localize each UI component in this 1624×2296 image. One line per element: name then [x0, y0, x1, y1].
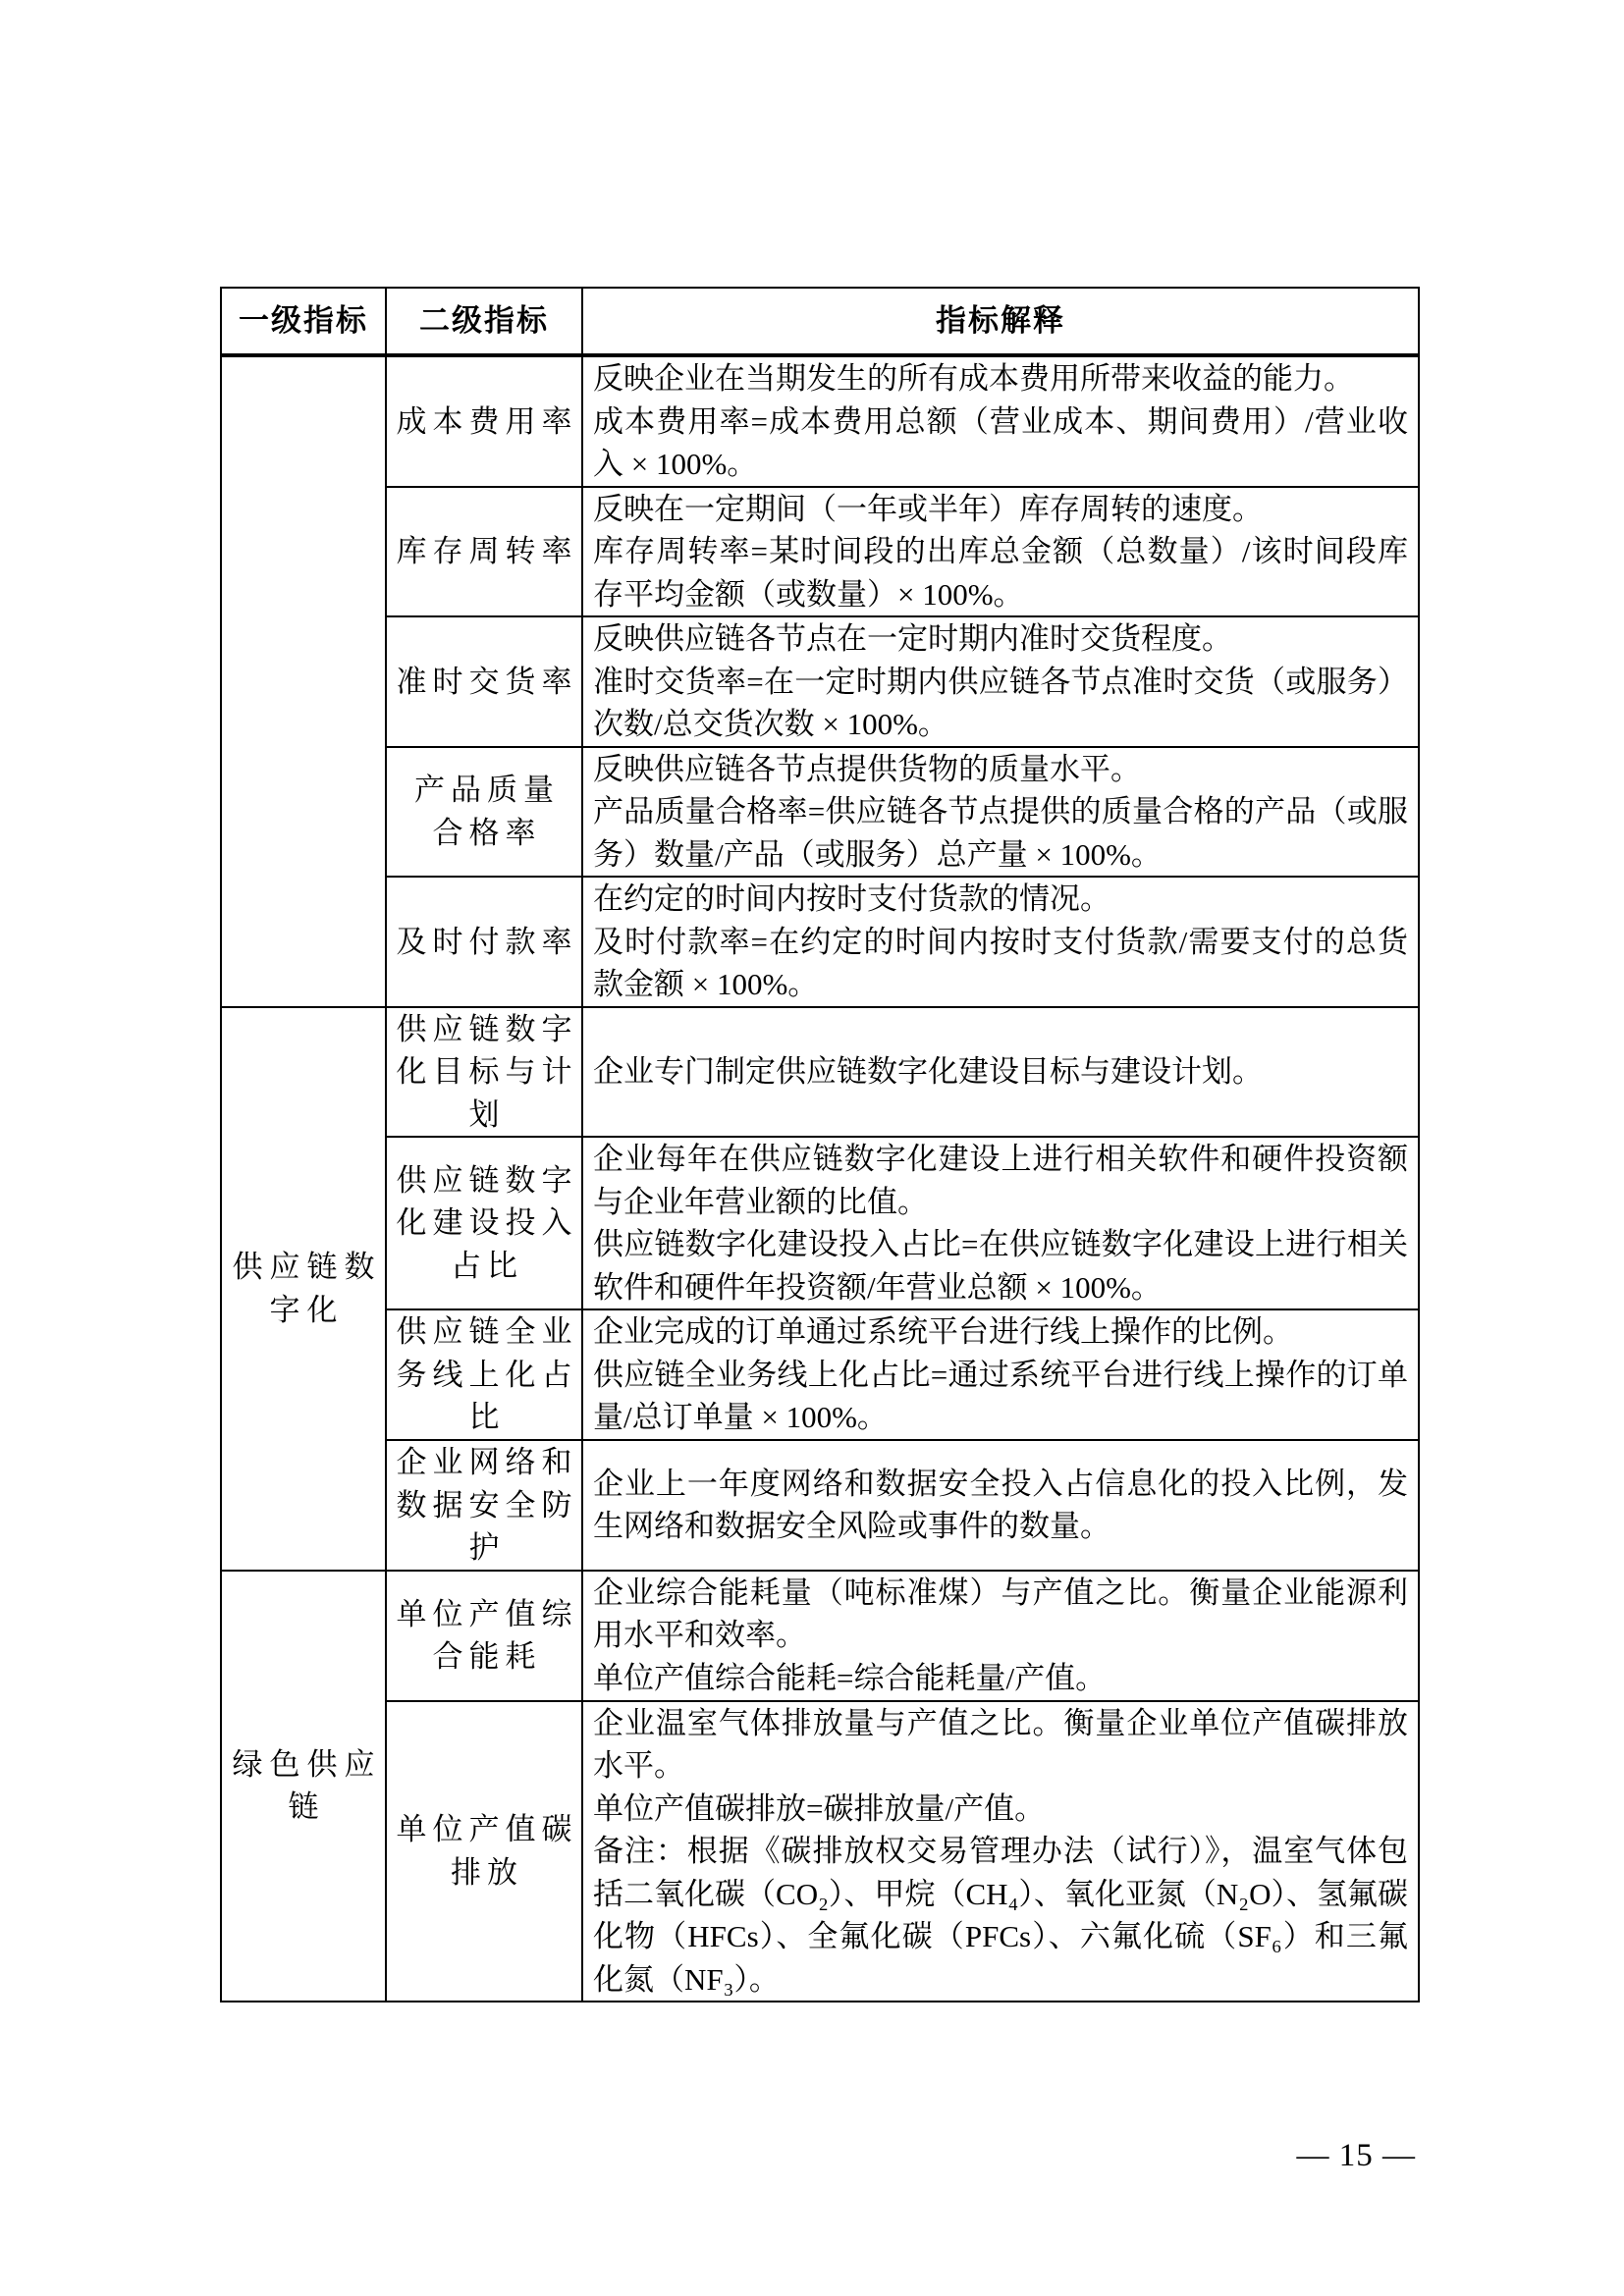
- indicator-text-line: 绿色供应: [222, 1743, 385, 1787]
- indicator-table: 一级指标 二级指标 指标解释 成本费用率反映企业在当期发生的所有成本费用所带来收…: [220, 287, 1420, 2002]
- level1-indicator-cell: 绿色供应链: [221, 1571, 386, 2002]
- explanation-paragraph: 成本费用率=成本费用总额（营业成本、期间费用）/营业收入 × 100%。: [593, 400, 1408, 486]
- indicator-text-line: 供应链全业: [387, 1310, 581, 1354]
- indicator-text-line: 务线上化占: [387, 1354, 581, 1397]
- explanation-paragraph: 企业每年在供应链数字化建设上进行相关软件和硬件投资额与企业年营业额的比值。: [593, 1138, 1408, 1223]
- level2-indicator-cell: 供应链全业务线上化占比: [386, 1309, 582, 1440]
- explanation-cell: 反映企业在当期发生的所有成本费用所带来收益的能力。成本费用率=成本费用总额（营业…: [582, 355, 1419, 487]
- indicator-text-line: 数据安全防: [387, 1484, 581, 1527]
- level2-indicator-cell: 企业网络和数据安全防护: [386, 1440, 582, 1571]
- table-header-row: 一级指标 二级指标 指标解释: [221, 288, 1419, 355]
- indicator-text-line: 库存周转率: [387, 530, 581, 573]
- level2-indicator-cell: 单位产值碳排放: [386, 1701, 582, 2002]
- explanation-paragraph: 备注：根据《碳排放权交易管理办法（试行）》，温室气体包括二氧化碳（CO₂）、甲烷…: [593, 1830, 1408, 2001]
- explanation-paragraph: 单位产值碳排放=碳排放量/产值。: [593, 1788, 1408, 1831]
- indicator-text-line: 划: [387, 1094, 581, 1137]
- level2-indicator-cell: 单位产值综合能耗: [386, 1571, 582, 1701]
- explanation-paragraph: 供应链全业务线上化占比=通过系统平台进行线上操作的订单量/总订单量 × 100%…: [593, 1354, 1408, 1439]
- table-row: 供应链数字化建设投入占比企业每年在供应链数字化建设上进行相关软件和硬件投资额与企…: [221, 1137, 1419, 1309]
- indicator-text-line: 化目标与计: [387, 1050, 581, 1094]
- level1-indicator-cell: [221, 355, 386, 1007]
- table-row: 产品质量合格率反映供应链各节点提供货物的质量水平。产品质量合格率=供应链各节点提…: [221, 747, 1419, 878]
- table-row: 准时交货率反映供应链各节点在一定时期内准时交货程度。准时交货率=在一定时期内供应…: [221, 616, 1419, 747]
- explanation-cell: 反映供应链各节点提供货物的质量水平。产品质量合格率=供应链各节点提供的质量合格的…: [582, 747, 1419, 878]
- table-row: 企业网络和数据安全防护企业上一年度网络和数据安全投入占信息化的投入比例，发生网络…: [221, 1440, 1419, 1571]
- indicator-text-line: 单位产值碳: [387, 1808, 581, 1851]
- level2-indicator-cell: 及时付款率: [386, 877, 582, 1007]
- indicator-text-line: 化建设投入: [387, 1201, 581, 1245]
- table-row: 库存周转率反映在一定期间（一年或半年）库存周转的速度。库存周转率=某时间段的出库…: [221, 487, 1419, 617]
- explanation-paragraph: 反映企业在当期发生的所有成本费用所带来收益的能力。: [593, 357, 1408, 400]
- explanation-cell: 企业温室气体排放量与产值之比。衡量企业单位产值碳排放水平。单位产值碳排放=碳排放…: [582, 1701, 1419, 2002]
- table-row: 绿色供应链单位产值综合能耗企业综合能耗量（吨标准煤）与产值之比。衡量企业能源利用…: [221, 1571, 1419, 1701]
- table-row: 单位产值碳排放企业温室气体排放量与产值之比。衡量企业单位产值碳排放水平。单位产值…: [221, 1701, 1419, 2002]
- explanation-paragraph: 反映供应链各节点提供货物的质量水平。: [593, 748, 1408, 791]
- table-body: 成本费用率反映企业在当期发生的所有成本费用所带来收益的能力。成本费用率=成本费用…: [221, 355, 1419, 2002]
- explanation-paragraph: 企业综合能耗量（吨标准煤）与产值之比。衡量企业能源利用水平和效率。: [593, 1572, 1408, 1657]
- explanation-paragraph: 产品质量合格率=供应链各节点提供的质量合格的产品（或服务）数量/产品（或服务）总…: [593, 790, 1408, 876]
- table-row: 供应链数字化供应链数字化目标与计划企业专门制定供应链数字化建设目标与建设计划。: [221, 1007, 1419, 1138]
- explanation-paragraph: 供应链数字化建设投入占比=在供应链数字化建设上进行相关软件和硬件年投资额/年营业…: [593, 1223, 1408, 1308]
- indicator-text-line: 准时交货率: [387, 661, 581, 704]
- level2-indicator-cell: 成本费用率: [386, 355, 582, 487]
- column-header-level1-indicator: 一级指标: [221, 288, 386, 355]
- explanation-cell: 企业上一年度网络和数据安全投入占信息化的投入比例，发生网络和数据安全风险或事件的…: [582, 1440, 1419, 1571]
- indicator-text-line: 护: [387, 1526, 581, 1570]
- table-row: 供应链全业务线上化占比企业完成的订单通过系统平台进行线上操作的比例。供应链全业务…: [221, 1309, 1419, 1440]
- explanation-paragraph: 企业专门制定供应链数字化建设目标与建设计划。: [593, 1050, 1408, 1094]
- table-row: 成本费用率反映企业在当期发生的所有成本费用所带来收益的能力。成本费用率=成本费用…: [221, 355, 1419, 487]
- explanation-paragraph: 及时付款率=在约定的时间内按时支付货款/需要支付的总货款金额 × 100%。: [593, 921, 1408, 1006]
- level2-indicator-cell: 供应链数字化目标与计划: [386, 1007, 582, 1138]
- indicator-text-line: 占比: [387, 1245, 581, 1288]
- explanation-paragraph: 反映供应链各节点在一定时期内准时交货程度。: [593, 617, 1408, 661]
- indicator-text-line: 供应链数: [222, 1246, 385, 1289]
- explanation-cell: 在约定的时间内按时支付货款的情况。及时付款率=在约定的时间内按时支付货款/需要支…: [582, 877, 1419, 1007]
- explanation-paragraph: 反映在一定期间（一年或半年）库存周转的速度。: [593, 488, 1408, 531]
- indicator-text-line: 字化: [222, 1289, 385, 1332]
- explanation-paragraph: 库存周转率=某时间段的出库总金额（总数量）/该时间段库存平均金额（或数量）× 1…: [593, 530, 1408, 615]
- indicator-text-line: 合格率: [387, 812, 581, 855]
- explanation-paragraph: 在约定的时间内按时支付货款的情况。: [593, 878, 1408, 921]
- indicator-text-line: 成本费用率: [387, 400, 581, 444]
- explanation-cell: 企业综合能耗量（吨标准煤）与产值之比。衡量企业能源利用水平和效率。单位产值综合能…: [582, 1571, 1419, 1701]
- explanation-cell: 企业专门制定供应链数字化建设目标与建设计划。: [582, 1007, 1419, 1138]
- indicator-text-line: 排放: [387, 1851, 581, 1895]
- indicator-text-line: 比: [387, 1396, 581, 1439]
- page-number: — 15 —: [1297, 2134, 1417, 2177]
- indicator-text-line: 链: [222, 1786, 385, 1829]
- indicator-text-line: 合能耗: [387, 1635, 581, 1679]
- column-header-level2-indicator: 二级指标: [386, 288, 582, 355]
- explanation-cell: 反映供应链各节点在一定时期内准时交货程度。准时交货率=在一定时期内供应链各节点准…: [582, 616, 1419, 747]
- indicator-text-line: 单位产值综: [387, 1593, 581, 1636]
- level2-indicator-cell: 供应链数字化建设投入占比: [386, 1137, 582, 1309]
- explanation-cell: 反映在一定期间（一年或半年）库存周转的速度。库存周转率=某时间段的出库总金额（总…: [582, 487, 1419, 617]
- indicator-text-line: 企业网络和: [387, 1441, 581, 1484]
- table-row: 及时付款率在约定的时间内按时支付货款的情况。及时付款率=在约定的时间内按时支付货…: [221, 877, 1419, 1007]
- explanation-paragraph: 企业上一年度网络和数据安全投入占信息化的投入比例，发生网络和数据安全风险或事件的…: [593, 1463, 1408, 1548]
- level1-indicator-cell: 供应链数字化: [221, 1007, 386, 1571]
- explanation-cell: 企业完成的订单通过系统平台进行线上操作的比例。供应链全业务线上化占比=通过系统平…: [582, 1309, 1419, 1440]
- level2-indicator-cell: 准时交货率: [386, 616, 582, 747]
- explanation-paragraph: 准时交货率=在一定时期内供应链各节点准时交货（或服务）次数/总交货次数 × 10…: [593, 661, 1408, 746]
- explanation-paragraph: 企业温室气体排放量与产值之比。衡量企业单位产值碳排放水平。: [593, 1702, 1408, 1788]
- level2-indicator-cell: 产品质量合格率: [386, 747, 582, 878]
- indicator-text-line: 产品质量: [387, 769, 581, 812]
- indicator-text-line: 及时付款率: [387, 921, 581, 964]
- indicator-text-line: 供应链数字: [387, 1159, 581, 1202]
- explanation-paragraph: 单位产值综合能耗=综合能耗量/产值。: [593, 1657, 1408, 1700]
- indicator-text-line: 供应链数字: [387, 1008, 581, 1051]
- column-header-indicator-explanation: 指标解释: [582, 288, 1419, 355]
- document-page: 一级指标 二级指标 指标解释 成本费用率反映企业在当期发生的所有成本费用所带来收…: [0, 0, 1624, 2296]
- level2-indicator-cell: 库存周转率: [386, 487, 582, 617]
- explanation-paragraph: 企业完成的订单通过系统平台进行线上操作的比例。: [593, 1310, 1408, 1354]
- explanation-cell: 企业每年在供应链数字化建设上进行相关软件和硬件投资额与企业年营业额的比值。供应链…: [582, 1137, 1419, 1309]
